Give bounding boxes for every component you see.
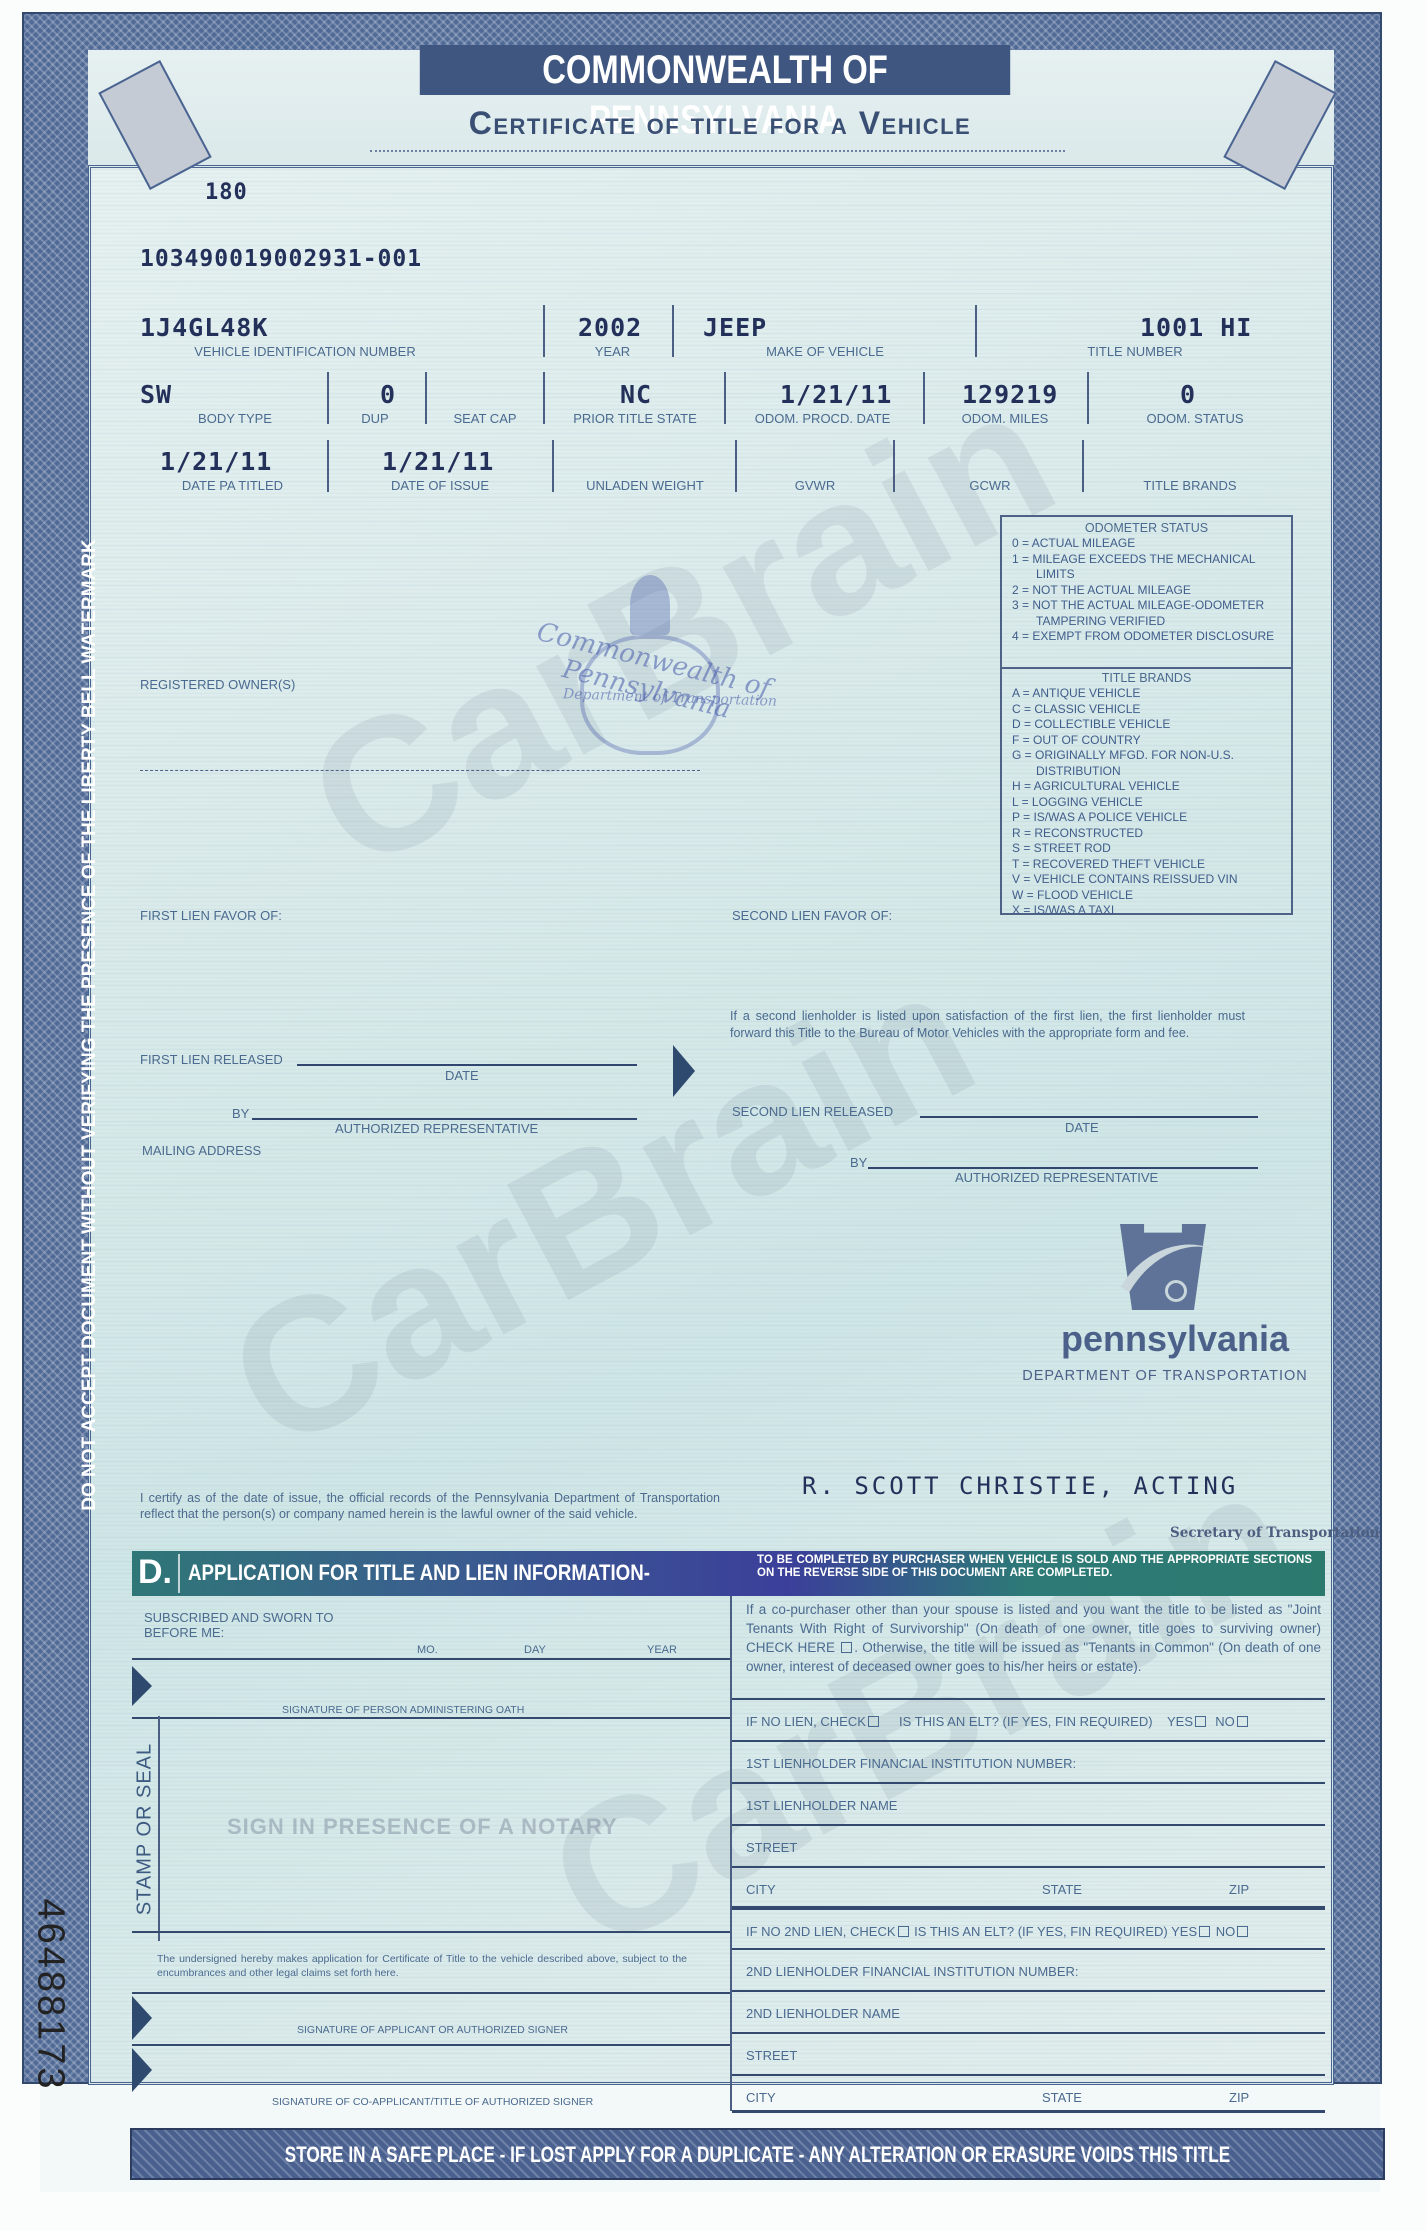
second-lien-date-label: DATE	[1065, 1120, 1099, 1135]
first-lien-released-label: FIRST LIEN RELEASED	[140, 1052, 283, 1067]
sworn-date-line[interactable]	[132, 1658, 730, 1660]
odometer-legend-item: 1 = MILEAGE EXCEEDS THE MECHANICAL	[1002, 552, 1291, 568]
secretary-name: R. SCOTT CHRISTIE, ACTING	[802, 1472, 1238, 1500]
application-left: SUBSCRIBED AND SWORN TO BEFORE ME: MO. D…	[132, 1596, 730, 2111]
notary-instruction: SIGN IN PRESENCE OF A NOTARY	[227, 1814, 618, 1840]
separator	[327, 440, 329, 492]
section-d-title: APPLICATION FOR TITLE AND LIEN INFORMATI…	[188, 1560, 650, 1586]
title-rule	[370, 150, 1065, 152]
no-lien-checkbox[interactable]	[868, 1716, 879, 1727]
separator	[552, 440, 554, 492]
day-label: DAY	[524, 1644, 546, 1656]
elt-no-label: NO	[1216, 1924, 1236, 1939]
row-line	[732, 1948, 1325, 1950]
second-lien-by-label: BY	[850, 1155, 867, 1170]
owner-line	[140, 770, 700, 771]
body-type-label: BODY TYPE	[140, 411, 330, 426]
serial-number-text: 46488173	[29, 1898, 72, 2091]
separator	[425, 372, 427, 424]
no-lien-row: IF NO LIEN, CHECK IS THIS AN ELT? (IF YE…	[746, 1714, 1250, 1729]
lien1-zip-label: ZIP	[1229, 1882, 1249, 1897]
first-lien-favor-label: FIRST LIEN FAVOR OF:	[140, 908, 282, 923]
elt-no-label: NO	[1215, 1714, 1235, 1729]
application-line	[132, 1992, 730, 1994]
separator	[735, 440, 737, 492]
month-label: MO.	[417, 1644, 438, 1656]
year-label: YEAR	[647, 1644, 677, 1656]
brand-legend-item: F = OUT OF COUNTRY	[1002, 733, 1291, 749]
sworn-label: SUBSCRIBED AND SWORN TO BEFORE ME:	[144, 1610, 344, 1640]
lien2-fin-label: 2ND LIENHOLDER FINANCIAL INSTITUTION NUM…	[746, 1964, 1079, 1979]
brands-legend-heading: TITLE BRANDS	[1002, 671, 1291, 686]
dup-label: DUP	[335, 411, 415, 426]
brand-legend-item: P = IS/WAS A POLICE VEHICLE	[1002, 810, 1291, 826]
separator	[893, 440, 895, 492]
prior-state-label: PRIOR TITLE STATE	[550, 411, 720, 426]
stamp-bottom-line	[132, 1931, 730, 1933]
copurchaser-text: If a co-purchaser other than your spouse…	[746, 1600, 1321, 1676]
elt-yes-label: YES	[1167, 1714, 1193, 1729]
lien1-city-label: CITY	[746, 1882, 776, 1897]
elt-no-checkbox-2[interactable]	[1237, 1926, 1248, 1937]
control-number: 103490019002931-001	[140, 246, 422, 272]
section-d-letter: D.	[138, 1553, 172, 1592]
second-lien-by-line[interactable]	[868, 1167, 1258, 1169]
odom-status-label: ODOM. STATUS	[1110, 411, 1280, 426]
applicant-signature-label: SIGNATURE OF APPLICANT OR AUTHORIZED SIG…	[297, 2024, 568, 2036]
odometer-legend-item: LIMITS	[1002, 567, 1291, 583]
lien2-state-label: STATE	[1042, 2090, 1082, 2105]
arrow-right-icon	[132, 1666, 152, 1706]
stamp-seal-box: STAMP OR SEAL	[132, 1716, 160, 1941]
separator	[327, 372, 329, 424]
dup-value: 0	[380, 380, 396, 409]
brand-legend-item: R = RECONSTRUCTED	[1002, 826, 1291, 842]
dot-icon	[1165, 1280, 1187, 1302]
separator	[1087, 372, 1089, 424]
second-lien-auth-label: AUTHORIZED REPRESENTATIVE	[955, 1170, 1158, 1185]
separator	[543, 305, 545, 357]
brand-legend-item: C = CLASSIC VEHICLE	[1002, 702, 1291, 718]
body-type-value: SW	[140, 380, 172, 409]
state-title: COMMONWEALTH OF PENNSYLVANIA	[420, 45, 1010, 95]
lien2-name-field[interactable]	[732, 2032, 1325, 2034]
title-brands-label: TITLE BRANDS	[1090, 478, 1290, 493]
lien1-state-label: STATE	[1042, 1882, 1082, 1897]
brand-legend-item: D = COLLECTIBLE VEHICLE	[1002, 717, 1291, 733]
separator	[1082, 440, 1084, 492]
lien1-street-field[interactable]	[732, 1866, 1325, 1868]
seat-cap-label: SEAT CAP	[430, 411, 540, 426]
watermark-notice: DO NOT ACCEPT DOCUMENT WITHOUT VERIFYING…	[79, 500, 101, 1550]
date-of-issue-value: 1/21/11	[382, 447, 494, 476]
odom-date-label: ODOM. PROCD. DATE	[735, 411, 910, 426]
odometer-legend-item: 3 = NOT THE ACTUAL MILEAGE-ODOMETER	[1002, 598, 1291, 614]
brand-legend-item: H = AGRICULTURAL VEHICLE	[1002, 779, 1291, 795]
date-pa-titled-label: DATE PA TITLED	[140, 478, 325, 493]
first-lien-auth-label: AUTHORIZED REPRESENTATIVE	[335, 1121, 538, 1136]
elt-yes-label: YES	[1171, 1924, 1197, 1939]
application-right: If a co-purchaser other than your spouse…	[730, 1596, 1325, 2111]
lien2-city-field[interactable]	[732, 2110, 1325, 2113]
separator	[724, 372, 726, 424]
second-lien-released-label: SECOND LIEN RELEASED	[732, 1104, 893, 1119]
coapplicant-signature-label: SIGNATURE OF CO-APPLICANT/TITLE OF AUTHO…	[272, 2096, 593, 2108]
odometer-legend-list: 0 = ACTUAL MILEAGE1 = MILEAGE EXCEEDS TH…	[1002, 536, 1291, 645]
row-line	[732, 1698, 1325, 1700]
odometer-legend-item: TAMPERING VERIFIED	[1002, 614, 1291, 630]
elt-no-checkbox-1[interactable]	[1237, 1716, 1248, 1727]
footer-warning: STORE IN A SAFE PLACE - IF LOST APPLY FO…	[270, 2142, 1246, 2168]
date-of-issue-label: DATE OF ISSUE	[335, 478, 545, 493]
gvwr-label: GVWR	[740, 478, 890, 493]
arrow-right-icon	[132, 2048, 152, 2092]
lien2-street-label: STREET	[746, 2048, 797, 2063]
no-lien2-row: IF NO 2ND LIEN, CHECK IS THIS AN ELT? (I…	[746, 1924, 1250, 1939]
first-lien-date-label: DATE	[445, 1068, 479, 1083]
elt-question-2: IS THIS AN ELT? (IF YES, FIN REQUIRED)	[914, 1924, 1168, 1939]
brand-legend-item: T = RECOVERED THEFT VEHICLE	[1002, 857, 1291, 873]
lien2-zip-label: ZIP	[1229, 2090, 1249, 2105]
registered-owner-label: REGISTERED OWNER(S)	[140, 677, 295, 692]
lien1-name-field[interactable]	[732, 1824, 1325, 1826]
section-d-header: D. APPLICATION FOR TITLE AND LIEN INFORM…	[132, 1551, 1325, 1596]
eagle-icon	[630, 575, 670, 635]
no-lien2-label: IF NO 2ND LIEN, CHECK	[746, 1924, 896, 1939]
lien2-city-label: CITY	[746, 2090, 776, 2105]
stamp-seal-label: STAMP OR SEAL	[134, 1742, 157, 1914]
separator	[672, 305, 674, 357]
brand-legend-item: V = VEHICLE CONTAINS REISSUED VIN	[1002, 872, 1291, 888]
brand-legend-item: DISTRIBUTION	[1002, 764, 1291, 780]
lien1-name-label: 1ST LIENHOLDER NAME	[746, 1798, 897, 1813]
second-lien-notice: If a second lienholder is listed upon sa…	[730, 1008, 1245, 1041]
odom-miles-label: ODOM. MILES	[930, 411, 1080, 426]
odometer-legend-item: 2 = NOT THE ACTUAL MILEAGE	[1002, 583, 1291, 599]
odometer-legend-item: 4 = EXEMPT FROM ODOMETER DISCLOSURE	[1002, 629, 1291, 645]
lien2-name-label: 2ND LIENHOLDER NAME	[746, 2006, 900, 2021]
penndot-department: DEPARTMENT OF TRANSPORTATION	[1010, 1368, 1320, 1384]
odom-status-value: 0	[1180, 380, 1196, 409]
elt-yes-checkbox-1[interactable]	[1195, 1716, 1206, 1727]
penndot-logo: pennsylvania DEPARTMENT OF TRANSPORTATIO…	[1000, 1210, 1330, 1400]
certification-text: I certify as of the date of issue, the o…	[140, 1490, 720, 1522]
arrow-right-icon	[132, 1996, 152, 2040]
unladen-weight-label: UNLADEN WEIGHT	[560, 478, 730, 493]
arrow-right-icon	[673, 1045, 695, 1097]
mailing-address-label: MAILING ADDRESS	[142, 1143, 261, 1158]
brand-legend-item: L = LOGGING VEHICLE	[1002, 795, 1291, 811]
separator	[923, 372, 925, 424]
brand-legend-item: S = STREET ROD	[1002, 841, 1291, 857]
oath-signature-label: SIGNATURE OF PERSON ADMINISTERING OATH	[282, 1704, 524, 1716]
brand-legend-item: A = ANTIQUE VEHICLE	[1002, 686, 1291, 702]
no-lien2-checkbox[interactable]	[898, 1926, 909, 1937]
vin-label: VEHICLE IDENTIFICATION NUMBER	[140, 344, 470, 359]
brand-legend-item: W = FLOOD VEHICLE	[1002, 888, 1291, 904]
side-notice-strip: DO NOT ACCEPT DOCUMENT WITHOUT VERIFYING…	[70, 500, 110, 1550]
no-lien-label: IF NO LIEN, CHECK	[746, 1714, 866, 1729]
joint-tenants-checkbox[interactable]	[841, 1642, 852, 1653]
lien2-street-field[interactable]	[732, 2074, 1325, 2076]
second-lien-favor-label: SECOND LIEN FAVOR OF:	[732, 908, 892, 923]
legend-divider	[1002, 667, 1291, 669]
brands-legend: TITLE BRANDS A = ANTIQUE VEHICLEC = CLAS…	[1002, 671, 1291, 919]
elt-yes-checkbox-2[interactable]	[1199, 1926, 1210, 1937]
prior-state-value: NC	[620, 380, 652, 409]
brand-legend-item: G = ORIGINALLY MFGD. FOR NON-U.S.	[1002, 748, 1291, 764]
row-line	[732, 1740, 1325, 1742]
odometer-legend-heading: ODOMETER STATUS	[1002, 521, 1291, 536]
brands-legend-list: A = ANTIQUE VEHICLEC = CLASSIC VEHICLED …	[1002, 686, 1291, 919]
make-label: MAKE OF VEHICLE	[700, 344, 950, 359]
gcwr-label: GCWR	[900, 478, 1080, 493]
footer-warning-band: STORE IN A SAFE PLACE - IF LOST APPLY FO…	[130, 2128, 1385, 2180]
second-lien-date-line[interactable]	[920, 1116, 1258, 1118]
brand-legend-item: X = IS/WAS A TAXI	[1002, 903, 1291, 919]
document-title: Certificate of title for a Vehicle	[300, 105, 1140, 142]
lien1-fin-field[interactable]	[732, 1782, 1325, 1784]
lien1-street-label: STREET	[746, 1840, 797, 1855]
oath-signature-line[interactable]	[132, 1717, 730, 1719]
penndot-wordmark: pennsylvania	[1040, 1318, 1310, 1360]
vin-value: 1J4GL48K	[140, 313, 268, 342]
title-number-label: TITLE NUMBER	[1020, 344, 1250, 359]
first-lien-date-line[interactable]	[297, 1064, 637, 1066]
state-seal: Commonwealth of Pennsylvania Department …	[470, 575, 830, 775]
lien2-fin-field[interactable]	[732, 1990, 1325, 1992]
odometer-brands-legend: ODOMETER STATUS 0 = ACTUAL MILEAGE1 = MI…	[1000, 515, 1293, 915]
first-lien-by-label: BY	[232, 1106, 249, 1121]
odometer-legend-item: 0 = ACTUAL MILEAGE	[1002, 536, 1291, 552]
lien1-city-field[interactable]	[732, 1906, 1325, 1910]
odom-miles-value: 129219	[962, 380, 1058, 409]
title-number-value: 1001 HI	[1140, 313, 1252, 342]
section-d-divider	[178, 1554, 180, 1593]
separator	[975, 305, 977, 357]
year-label: YEAR	[560, 344, 665, 359]
serial-number: 46488173	[32, 1880, 68, 2110]
odom-date-value: 1/21/11	[780, 380, 892, 409]
year-value: 2002	[578, 313, 642, 342]
date-pa-titled-value: 1/21/11	[160, 447, 272, 476]
elt-question-1: IS THIS AN ELT? (IF YES, FIN REQUIRED)	[899, 1714, 1153, 1729]
section-d-note: TO BE COMPLETED BY PURCHASER WHEN VEHICL…	[757, 1554, 1312, 1580]
applicant-signature-line[interactable]	[132, 2044, 730, 2046]
lien1-fin-label: 1ST LIENHOLDER FINANCIAL INSTITUTION NUM…	[746, 1756, 1076, 1771]
first-lien-by-line[interactable]	[252, 1118, 637, 1120]
secretary-title: Secretary of Transportation	[1170, 1525, 1379, 1541]
application-text: The undersigned hereby makes application…	[157, 1952, 687, 1980]
make-value: JEEP	[703, 313, 767, 342]
odometer-legend: ODOMETER STATUS 0 = ACTUAL MILEAGE1 = MI…	[1002, 521, 1291, 645]
code-180: 180	[205, 180, 248, 205]
separator	[543, 372, 545, 424]
